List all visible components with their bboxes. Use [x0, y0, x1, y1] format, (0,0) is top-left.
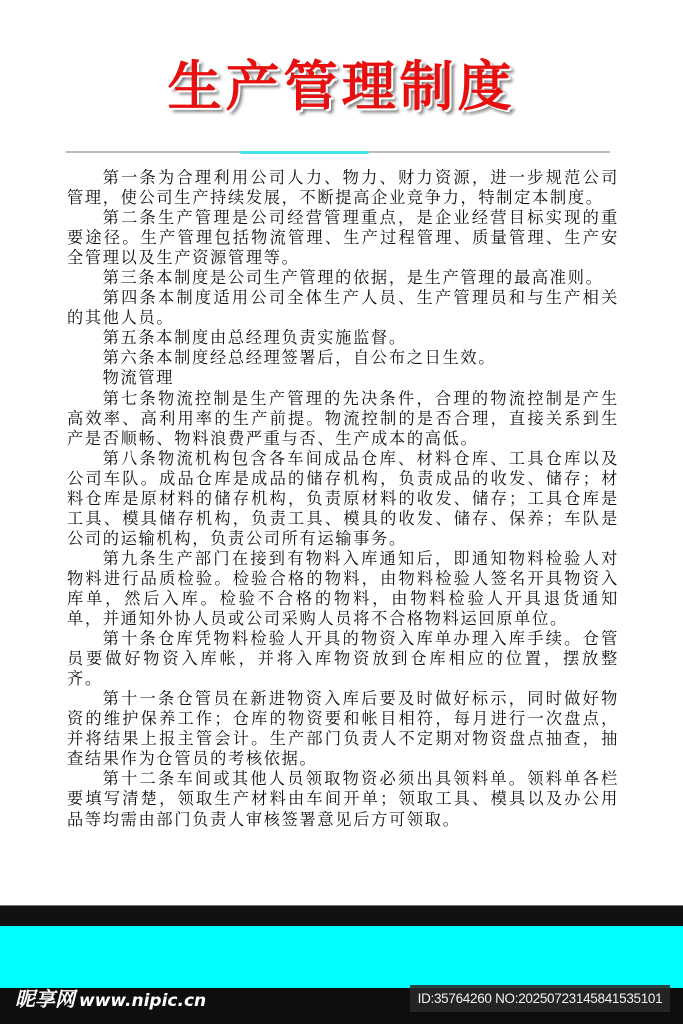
article-12: 第十二条车间或其他人员领取物资必须出具领料单。领料单各栏要填写清楚，领取生产材料…: [67, 769, 619, 829]
watermark-id: ID:35764260 NO:20250723145841535101: [410, 985, 670, 1012]
article-8: 第八条物流机构包含各车间成品仓库、材料仓库、工具仓库以及公司车队。成品仓库是成品…: [67, 449, 619, 549]
article-4: 第四条本制度适用公司全体生产人员、生产管理员和与生产相关的其他人员。: [67, 288, 619, 328]
document-title: 生产管理制度: [0, 52, 683, 122]
article-5: 第五条本制度由总经理负责实施监督。: [67, 328, 619, 348]
watermark-brand: 昵享网: [15, 987, 75, 1011]
article-1: 第一条为合理利用公司人力、物力、财力资源，进一步规范公司管理，使公司生产持续发展…: [67, 168, 619, 208]
title-divider-accent: [240, 151, 369, 154]
article-11: 第十一条仓管员在新进物资入库后要及时做好标示，同时做好物资的维护保养工作；仓库的…: [67, 689, 619, 769]
document-body: 第一条为合理利用公司人力、物力、财力资源，进一步规范公司管理，使公司生产持续发展…: [67, 168, 619, 830]
section-heading-logistics: 物流管理: [67, 368, 619, 388]
article-9: 第九条生产部门在接到有物料入库通知后，即通知物料检验人对物料进行品质检验。检验合…: [67, 549, 619, 629]
article-2: 第二条生产管理是公司经营管理重点，是企业经营目标实现的重要途径。生产管理包括物流…: [67, 208, 619, 268]
article-10: 第十条仓库凭物料检验人开具的物资入库单办理入库手续。仓管员要做好物资入库帐，并将…: [67, 629, 619, 689]
footer-dark-band: [0, 905, 683, 927]
article-6: 第六条本制度经总经理签署后，自公布之日生效。: [67, 348, 619, 368]
watermark-logo: 昵享网www.nipic.cn: [15, 985, 206, 1015]
article-7: 第七条物流控制是生产管理的先决条件，合理的物流控制是产生高效率、高利用率的生产前…: [67, 389, 619, 449]
footer-cyan-band: [0, 926, 683, 988]
watermark-site: www.nipic.cn: [79, 991, 206, 1011]
article-3: 第三条本制度是公司生产管理的依据，是生产管理的最高准则。: [67, 268, 619, 288]
